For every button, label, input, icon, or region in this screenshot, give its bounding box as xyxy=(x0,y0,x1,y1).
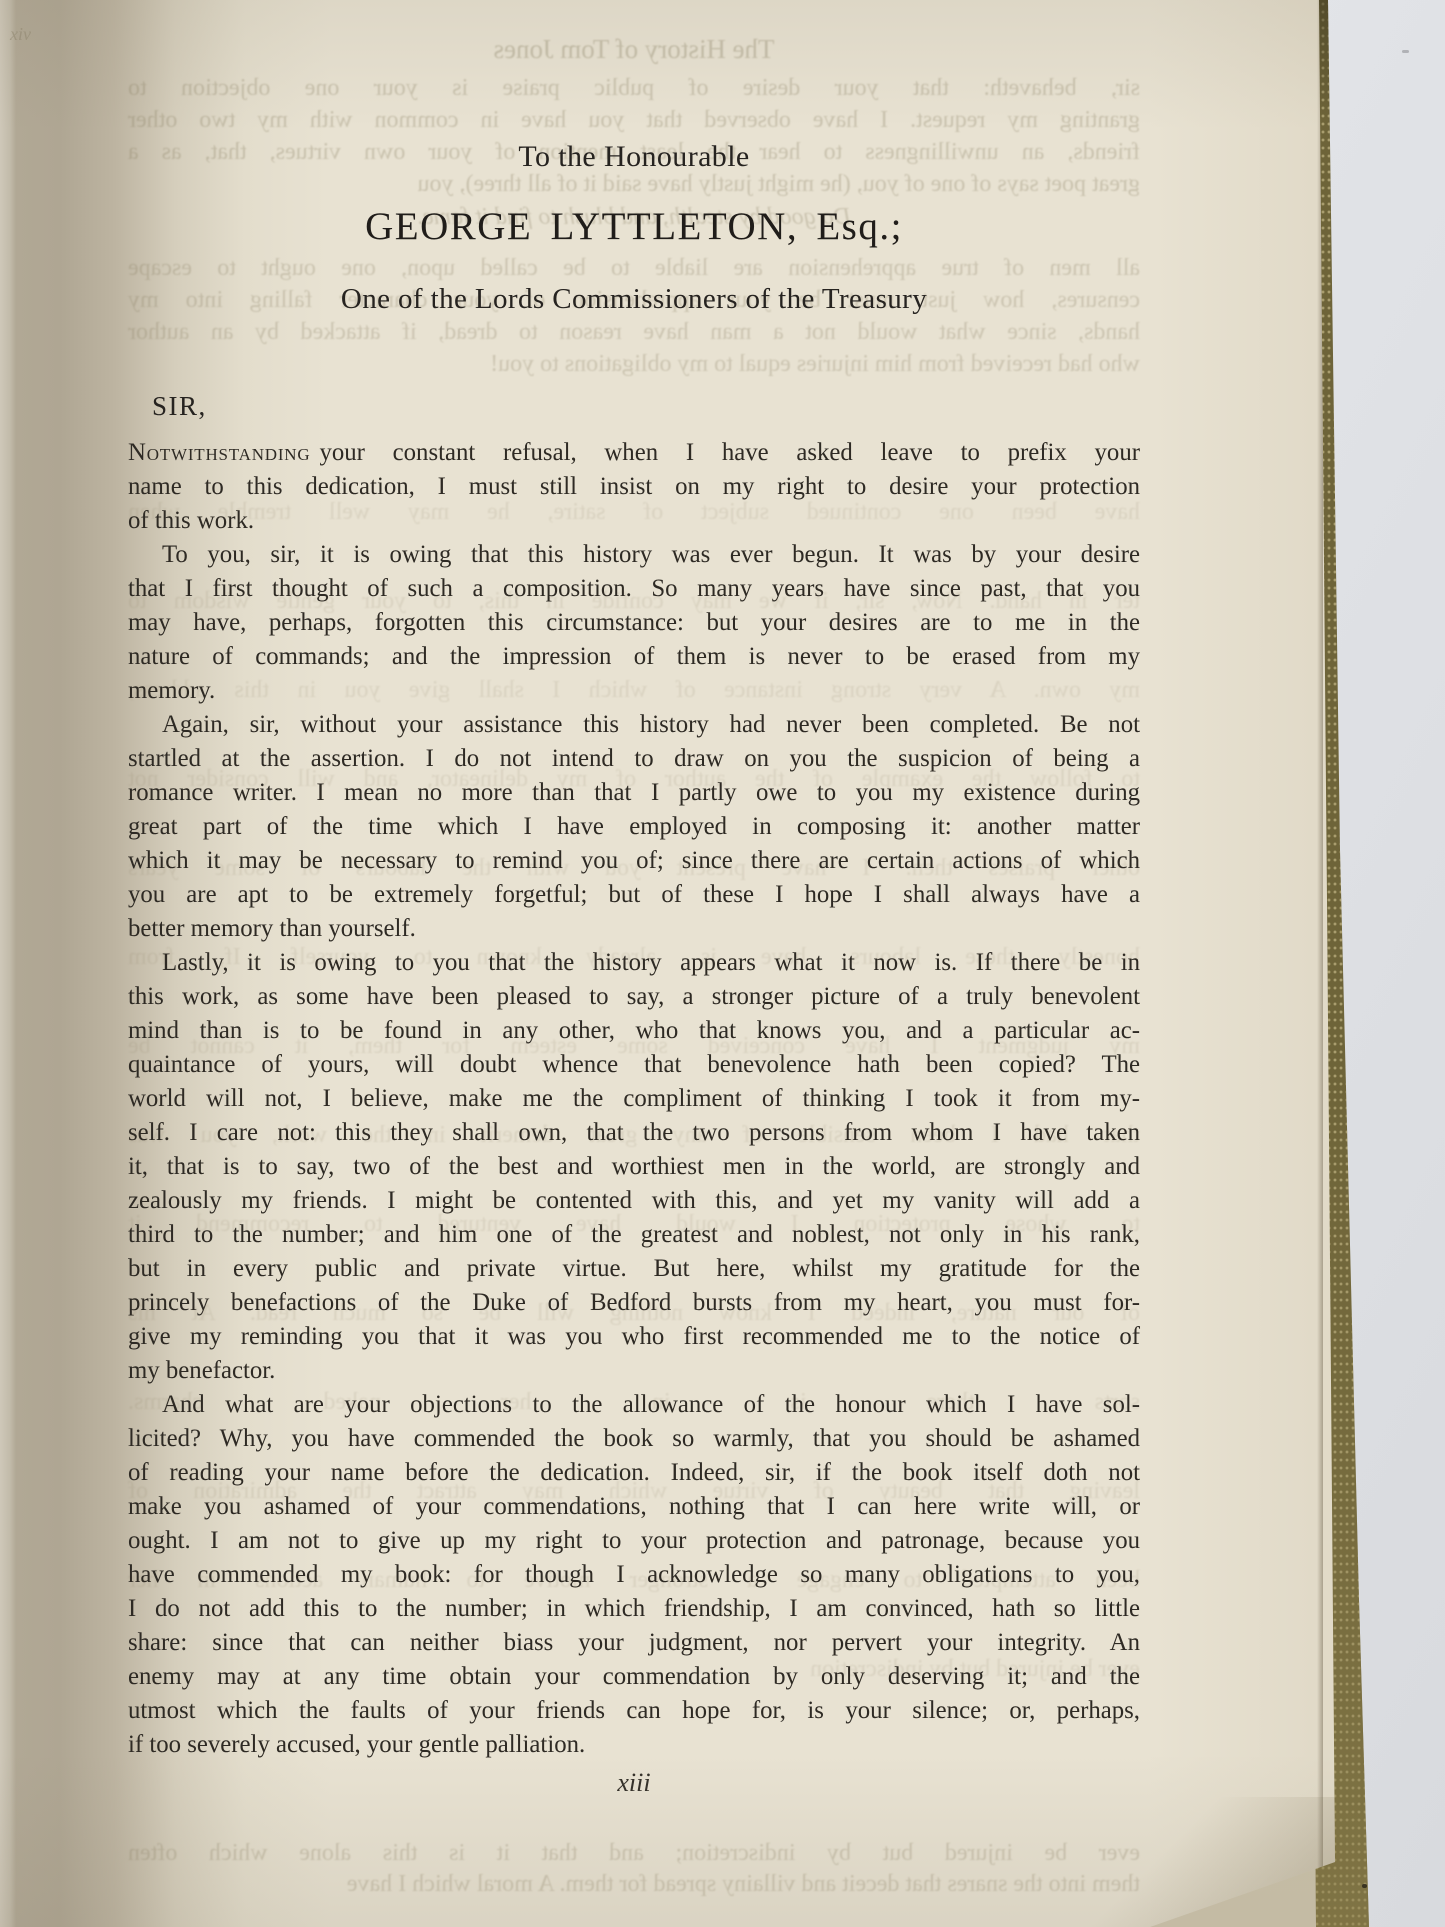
text-line: princely benefactions of the Duke of Bed… xyxy=(128,1286,1140,1320)
text-line: better memory than yourself. xyxy=(128,912,1140,946)
text-line: world will not, I believe, make me the c… xyxy=(128,1082,1140,1116)
text-line: mind than is to be found in any other, w… xyxy=(128,1014,1140,1048)
text-line: of reading your name before the dedicati… xyxy=(128,1456,1140,1490)
dedicatee-name: GEORGE LYTTLETON, Esq.; xyxy=(128,204,1140,249)
text-line: make you ashamed of your commendations, … xyxy=(128,1490,1140,1524)
text-line: my benefactor. xyxy=(128,1354,1140,1388)
text-line: nature of commands; and the impression o… xyxy=(128,640,1140,674)
dedicatee-title: One of the Lords Commissioners of the Tr… xyxy=(128,283,1140,316)
text-line: of this work. xyxy=(128,504,1140,538)
text-line: share: since that can neither biass your… xyxy=(128,1626,1140,1660)
text-line: this work, as some have been pleased to … xyxy=(128,980,1140,1014)
text-line: name to this dedication, I must still in… xyxy=(128,470,1140,504)
dedication-paragraph: And what are your objections to the allo… xyxy=(128,1388,1140,1762)
text-line: zealously my friends. I might be content… xyxy=(128,1184,1140,1218)
book-page: The History of Tom Jones sir, behaveth: … xyxy=(0,0,1445,1927)
bleedthrough-text: ever be injured but by indiscretion; and… xyxy=(128,1838,1140,1900)
text-line: ought. I am not to give up my right to y… xyxy=(128,1524,1140,1558)
text-line: self. I care not: this they shall own, t… xyxy=(128,1116,1140,1150)
text-line: you are apt to be extremely forgetful; b… xyxy=(128,878,1140,912)
text-line: I do not add this to the number; in whic… xyxy=(128,1592,1140,1626)
lead-word-smallcaps: Notwithstanding xyxy=(128,439,310,466)
bleedthrough-text: all men of true apprehension are liable … xyxy=(128,252,1140,380)
dedication-body: Notwithstandingyour constant refusal, wh… xyxy=(128,436,1140,1762)
text-line: but in every public and private virtue. … xyxy=(128,1252,1140,1286)
dedication-honorific: To the Honourable xyxy=(128,140,1140,174)
text-line: third to the number; and him one of the … xyxy=(128,1218,1140,1252)
dedication-paragraph: Lastly, it is owing to you that the hist… xyxy=(128,946,1140,1388)
text-line: them into the snares that deceit and vil… xyxy=(128,1869,1140,1900)
text-line: startled at the assertion. I do not inte… xyxy=(128,742,1140,776)
text-line: Notwithstandingyour constant refusal, wh… xyxy=(128,436,1140,470)
text-line: may have, perhaps, forgotten this circum… xyxy=(128,606,1140,640)
text-line-rest: your constant refusal, when I have asked… xyxy=(319,439,1140,466)
book-photograph: The History of Tom Jones sir, behaveth: … xyxy=(0,0,1445,1927)
page-number: xiii xyxy=(128,1768,1140,1798)
dedication-paragraph: Notwithstandingyour constant refusal, wh… xyxy=(128,436,1140,538)
text-line: hands, since what would not a man have r… xyxy=(128,316,1140,348)
text-line: if too severely accused, your gentle pal… xyxy=(128,1728,1140,1762)
dedication-paragraph: To you, sir, it is owing that this histo… xyxy=(128,538,1140,708)
bleedthrough-text: sir, behaveth: that your desire of publi… xyxy=(128,72,1140,200)
background-speck xyxy=(1402,50,1409,53)
text-line: it, that is to say, two of the best and … xyxy=(128,1150,1140,1184)
text-line: ever be injured but by indiscretion; and… xyxy=(128,1838,1140,1869)
text-line: who had received from him injuries equal… xyxy=(128,348,1140,380)
text-line: have commended my book: for though I ack… xyxy=(128,1558,1140,1592)
text-line: which it may be necessary to remind you … xyxy=(128,844,1140,878)
text-line: romance writer. I mean no more than that… xyxy=(128,776,1140,810)
text-line: Again, sir, without your assistance this… xyxy=(128,708,1140,742)
text-line: all men of true apprehension are liable … xyxy=(128,252,1140,284)
bleedthrough-running-header: The History of Tom Jones xyxy=(128,34,1140,65)
text-line: enemy may at any time obtain your commen… xyxy=(128,1660,1140,1694)
dedication-paragraph: Again, sir, without your assistance this… xyxy=(128,708,1140,946)
salutation: SIR, xyxy=(152,391,207,422)
text-line: that I first thought of such a compositi… xyxy=(128,572,1140,606)
bleedthrough-page-number: xiv xyxy=(10,24,31,45)
text-line: And what are your objections to the allo… xyxy=(128,1388,1140,1422)
text-line: memory. xyxy=(128,674,1140,708)
text-line: give my reminding you that it was you wh… xyxy=(128,1320,1140,1354)
text-line: granting my request. I have observed tha… xyxy=(128,104,1140,136)
text-line: utmost which the faults of your friends … xyxy=(128,1694,1140,1728)
text-line: Lastly, it is owing to you that the hist… xyxy=(128,946,1140,980)
text-line: sir, behaveth: that your desire of publi… xyxy=(128,72,1140,104)
text-line: great part of the time which I have empl… xyxy=(128,810,1140,844)
text-line: To you, sir, it is owing that this histo… xyxy=(128,538,1140,572)
text-line: licited? Why, you have commended the boo… xyxy=(128,1422,1140,1456)
background-speck xyxy=(1362,1884,1367,1888)
text-line: quaintance of yours, will doubt whence t… xyxy=(128,1048,1140,1082)
